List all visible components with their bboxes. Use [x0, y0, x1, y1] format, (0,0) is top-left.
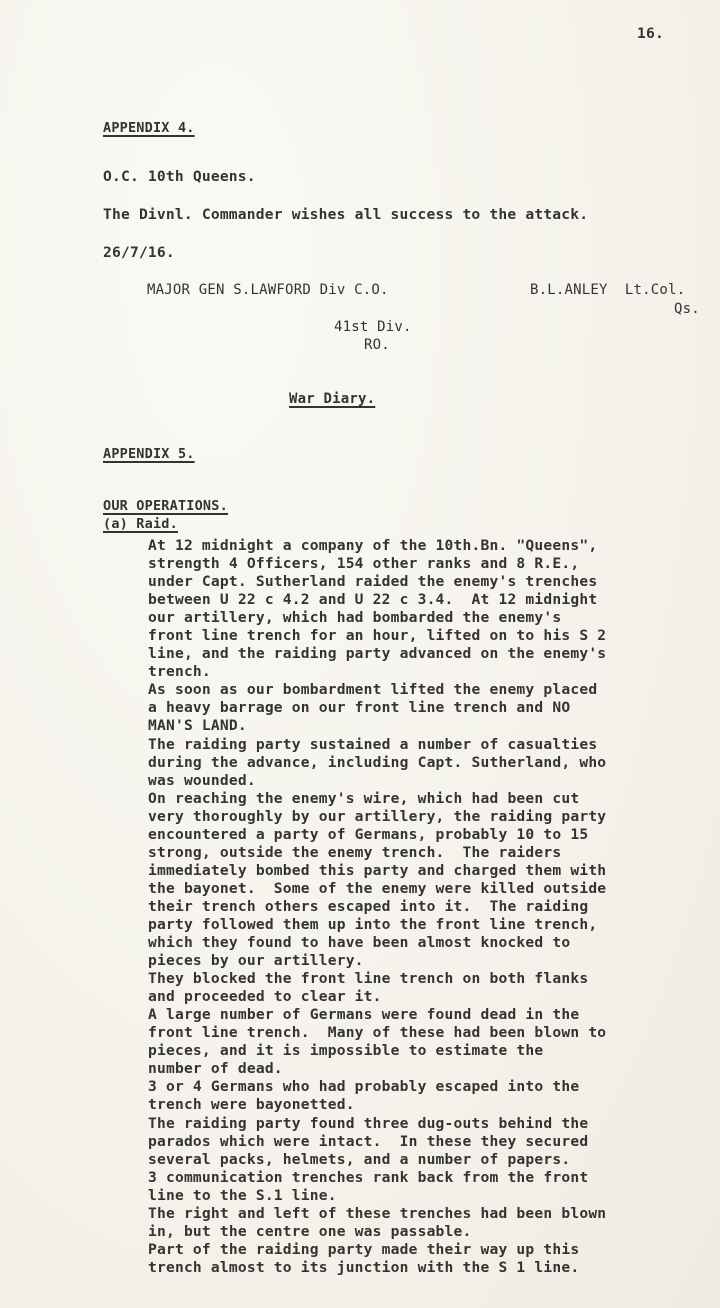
message-text: The Divnl. Commander wishes all success …: [103, 206, 588, 224]
body-line: trench.: [148, 663, 606, 681]
message-date: 26/7/16.: [103, 244, 175, 262]
body-line: front line trench for an hour, lifted on…: [148, 627, 606, 645]
body-line: line, and the raiding party advanced on …: [148, 645, 606, 663]
body-line: which they found to have been almost kno…: [148, 934, 606, 952]
body-line: parados which were intact. In these they…: [148, 1133, 606, 1151]
body-line: our artillery, which had bombarded the e…: [148, 609, 606, 627]
body-line: line to the S.1 line.: [148, 1187, 606, 1205]
body-line: At 12 midnight a company of the 10th.Bn.…: [148, 537, 606, 555]
body-line: They blocked the front line trench on bo…: [148, 970, 606, 988]
body-line: strong, outside the enemy trench. The ra…: [148, 844, 606, 862]
body-line: several packs, helmets, and a number of …: [148, 1151, 606, 1169]
office-label: RO.: [364, 336, 390, 354]
body-line: under Capt. Sutherland raided the enemy'…: [148, 573, 606, 591]
body-line: 3 or 4 Germans who had probably escaped …: [148, 1078, 606, 1096]
sender-signature: MAJOR GEN S.LAWFORD Div C.O.: [147, 281, 389, 299]
body-line: As soon as our bombardment lifted the en…: [148, 681, 606, 699]
section-title-operations: OUR OPERATIONS.: [103, 497, 228, 515]
division-label: 41st Div.: [334, 318, 412, 336]
body-line: immediately bombed this party and charge…: [148, 862, 606, 880]
war-diary-title: War Diary.: [289, 390, 375, 408]
raid-report-body: At 12 midnight a company of the 10th.Bn.…: [148, 537, 606, 1277]
body-line: The raiding party found three dug-outs b…: [148, 1115, 606, 1133]
body-line: a heavy barrage on our front line trench…: [148, 699, 606, 717]
body-line: MAN'S LAND.: [148, 717, 606, 735]
body-line: party followed them up into the front li…: [148, 916, 606, 934]
body-line: 3 communication trenches rank back from …: [148, 1169, 606, 1187]
body-line: front line trench. Many of these had bee…: [148, 1024, 606, 1042]
body-line: The right and left of these trenches had…: [148, 1205, 606, 1223]
appendix-4-heading: APPENDIX 4.: [103, 119, 195, 137]
body-line: number of dead.: [148, 1060, 606, 1078]
recipient-name: B.L.ANLEY Lt.Col.: [530, 281, 685, 299]
body-line: The raiding party sustained a number of …: [148, 736, 606, 754]
body-line: On reaching the enemy's wire, which had …: [148, 790, 606, 808]
body-line: pieces by our artillery.: [148, 952, 606, 970]
body-line: between U 22 c 4.2 and U 22 c 3.4. At 12…: [148, 591, 606, 609]
appendix-5-heading: APPENDIX 5.: [103, 445, 195, 463]
body-line: the bayonet. Some of the enemy were kill…: [148, 880, 606, 898]
body-line: during the advance, including Capt. Suth…: [148, 754, 606, 772]
body-line: trench were bayonetted.: [148, 1096, 606, 1114]
body-line: very thoroughly by our artillery, the ra…: [148, 808, 606, 826]
page-number: 16.: [637, 25, 664, 43]
subsection-title-raid: (a) Raid.: [103, 515, 178, 533]
recipient-unit: Qs.: [674, 300, 700, 318]
body-line: pieces, and it is impossible to estimate…: [148, 1042, 606, 1060]
body-line: and proceeded to clear it.: [148, 988, 606, 1006]
body-line: their trench others escaped into it. The…: [148, 898, 606, 916]
body-line: trench almost to its junction with the S…: [148, 1259, 606, 1277]
body-line: Part of the raiding party made their way…: [148, 1241, 606, 1259]
body-line: in, but the centre one was passable.: [148, 1223, 606, 1241]
body-line: A large number of Germans were found dea…: [148, 1006, 606, 1024]
body-line: strength 4 Officers, 154 other ranks and…: [148, 555, 606, 573]
addressee: O.C. 10th Queens.: [103, 168, 256, 186]
body-line: was wounded.: [148, 772, 606, 790]
document-page: 16. APPENDIX 4. O.C. 10th Queens. The Di…: [0, 0, 720, 1308]
body-line: encountered a party of Germans, probably…: [148, 826, 606, 844]
